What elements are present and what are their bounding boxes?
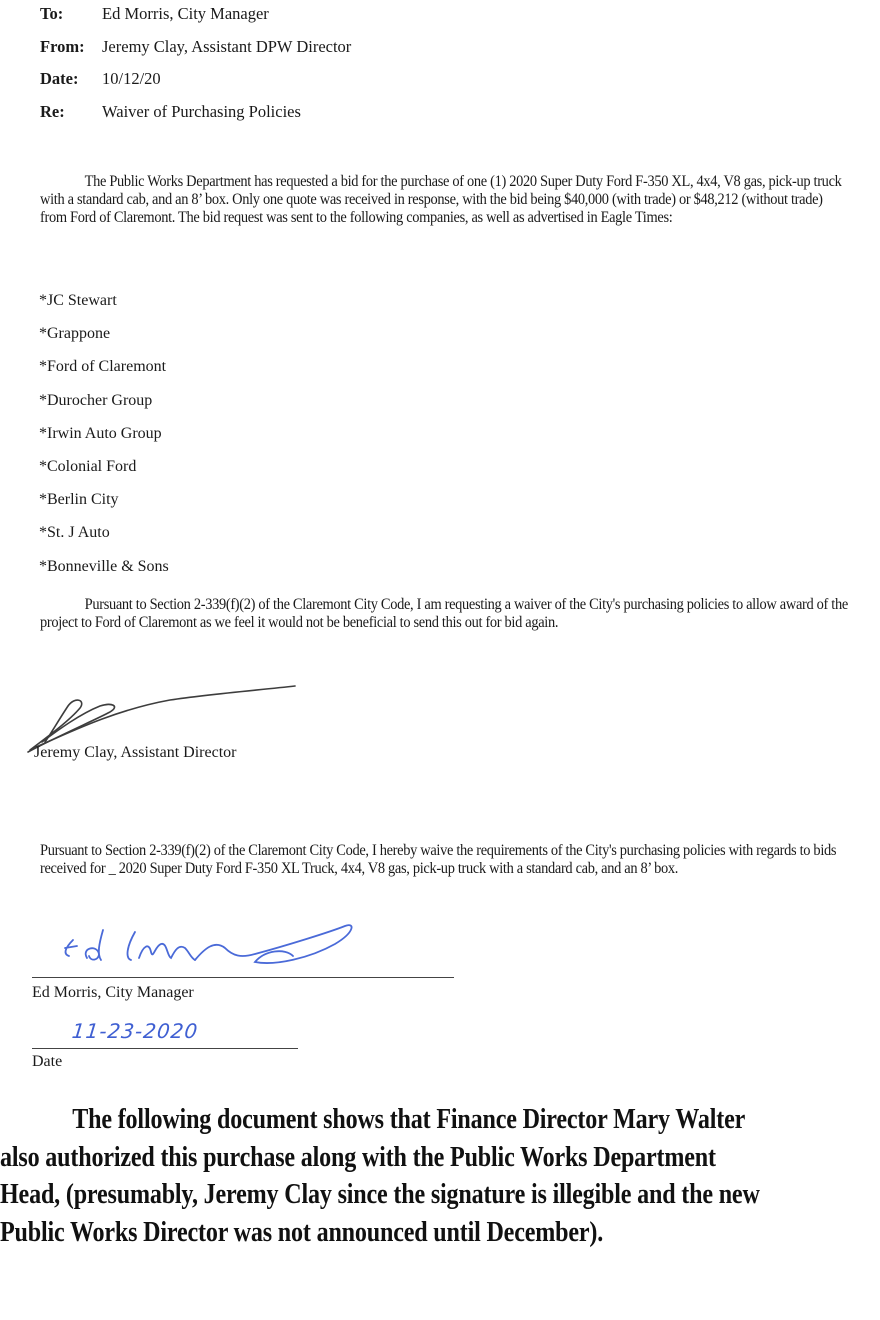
- vendor-item: *Durocher Group: [39, 391, 152, 411]
- memo-to-row: To:Ed Morris, City Manager: [40, 4, 269, 24]
- vendor-item: *Colonial Ford: [39, 457, 136, 477]
- city-manager-signature-line: [32, 977, 454, 978]
- commentary-callout: The following document shows that Financ…: [0, 1101, 774, 1251]
- memo-re-row: Re:Waiver of Purchasing Policies: [40, 102, 301, 122]
- waiver-paragraph: Pursuant to Section 2-339(f)(2) of the C…: [40, 842, 849, 878]
- request-paragraph: The Public Works Department has requeste…: [40, 173, 849, 227]
- memo-date-label: Date:: [40, 69, 102, 89]
- memo-re-label: Re:: [40, 102, 102, 122]
- memo-to-label: To:: [40, 4, 102, 24]
- memo-date-row: Date:10/12/20: [40, 69, 161, 89]
- memo-re-value: Waiver of Purchasing Policies: [102, 102, 301, 121]
- city-manager-caption: Ed Morris, City Manager: [32, 983, 194, 1003]
- ed-morris-signature: [55, 918, 375, 980]
- jeremy-clay-caption: Jeremy Clay, Assistant Director: [34, 743, 236, 763]
- vendor-item: *Irwin Auto Group: [39, 424, 162, 444]
- memo-date-value: 10/12/20: [102, 69, 161, 88]
- vendor-item: *Bonneville & Sons: [39, 557, 169, 577]
- vendor-item: *St. J Auto: [39, 523, 110, 543]
- date-caption: Date: [32, 1052, 62, 1072]
- memo-from-row: From:Jeremy Clay, Assistant DPW Director: [40, 37, 351, 57]
- memo-from-label: From:: [40, 37, 102, 57]
- memo-to-value: Ed Morris, City Manager: [102, 4, 269, 23]
- waiver-request-paragraph: Pursuant to Section 2-339(f)(2) of the C…: [40, 596, 849, 632]
- vendor-item: *Ford of Claremont: [39, 357, 166, 377]
- vendor-item: *Grappone: [39, 324, 110, 344]
- date-signature-line: [32, 1048, 298, 1049]
- vendor-item: *JC Stewart: [39, 291, 117, 311]
- memo-from-value: Jeremy Clay, Assistant DPW Director: [102, 37, 351, 56]
- handwritten-date: 11-23-2020: [71, 1019, 200, 1043]
- vendor-item: *Berlin City: [39, 490, 119, 510]
